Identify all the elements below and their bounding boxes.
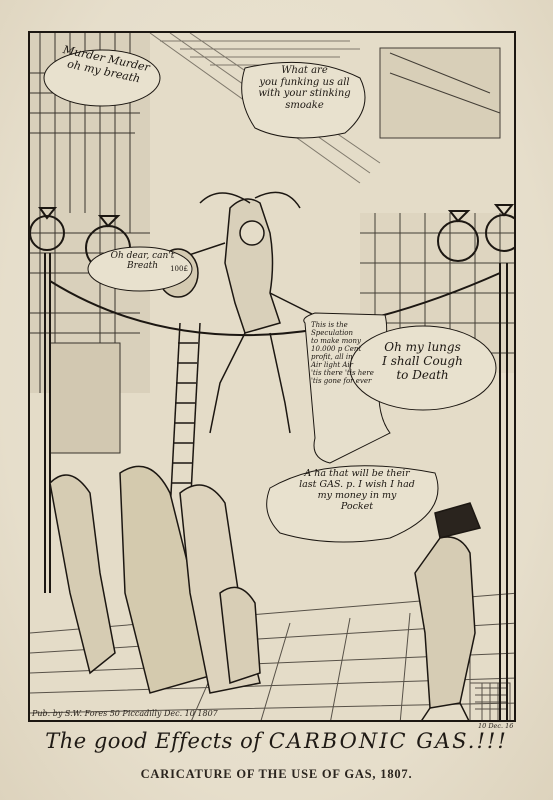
engraved-title-caps: CARBONIC GAS.!!! [269,729,508,753]
speech-oh-my-lungs: Oh my lungs I shall Cough to Death [360,341,485,382]
printed-caption: CARICATURE OF THE USE OF GAS, 1807. [0,767,553,782]
publisher-imprint: Pub. by S.W. Fores 50 Piccadilly Dec. 10… [32,709,218,718]
speech-aha-last-gasp: A ha that will be their last GAS. p. I w… [268,469,446,513]
engraved-title-prefix: The good Effects of [45,729,261,753]
speech-what-are-you: What are you funking us all with your st… [242,65,367,111]
engraved-title: The good Effects of CARBONIC GAS.!!! [0,729,553,753]
ladder [170,323,200,513]
jester-figure [158,192,330,433]
money-bag-label: 100£ [166,265,192,273]
engraving-frame: Murder Murder oh my breath What are you … [28,31,516,722]
book-page: Murder Murder oh my breath What are you … [0,0,553,800]
crowd-figures [50,466,260,693]
